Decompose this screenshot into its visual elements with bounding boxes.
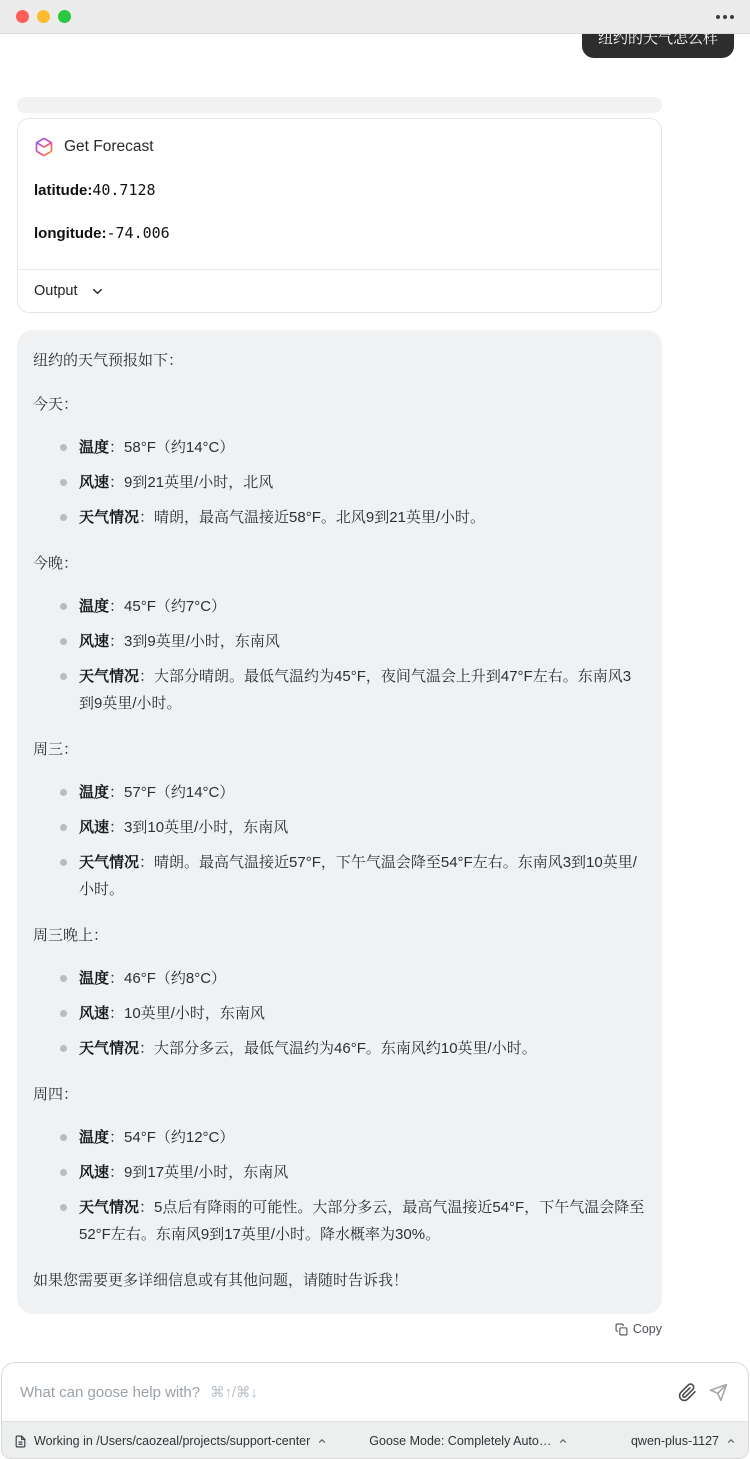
item-text: ：5点后有降雨的可能性。大部分多云，最高气温接近54°F，下午气温会降至52°F… (79, 1199, 644, 1243)
forecast-item: 风速：10英里/小时，东南风 (33, 1000, 646, 1027)
forecast-item: 天气情况：大部分晴朗。最低气温约为45°F，夜间气温会上升到47°F左右。东南风… (33, 663, 646, 717)
forecast-item: 天气情况：晴朗。最高气温接近57°F，下午气温会降至54°F左右。东南风3到10… (33, 849, 646, 903)
section-bullet-list: 温度：54°F（约12°C）风速：9到17英里/小时，东南风天气情况：5点后有降… (33, 1124, 646, 1248)
tool-params: latitude:40.7128longitude:-74.006 (18, 157, 661, 269)
chat-input-placeholder: What can goose help with? (20, 1384, 200, 1401)
item-text: ：54°F（约12°C） (109, 1129, 234, 1146)
item-label: 温度 (79, 1129, 109, 1146)
zoom-window-button[interactable] (58, 10, 71, 23)
composer-row: What can goose help with?⌘↑/⌘↓ (2, 1363, 748, 1421)
chevron-down-icon (90, 284, 105, 299)
working-directory-label: Working in /Users/caozeal/projects/suppo… (34, 1434, 310, 1448)
forecast-item: 天气情况：大部分多云，最低气温约为46°F。东南风约10英里/小时。 (33, 1035, 646, 1062)
model-label: qwen-plus-1127 (631, 1434, 719, 1448)
copy-icon (615, 1323, 628, 1336)
chevron-up-icon (726, 1436, 736, 1446)
forecast-item: 风速：9到21英里/小时，北风 (33, 469, 646, 496)
item-label: 天气情况 (79, 1199, 139, 1216)
traffic-lights (16, 10, 71, 23)
item-text: ：大部分晴朗。最低气温约为45°F，夜间气温会上升到47°F左右。东南风3到9英… (79, 668, 631, 712)
section-heading: 今晚： (33, 553, 646, 575)
chevron-up-icon (558, 1436, 568, 1446)
cube-icon (34, 137, 54, 157)
forecast-item: 风速：3到9英里/小时，东南风 (33, 628, 646, 655)
copy-button[interactable]: Copy (615, 1322, 662, 1336)
item-text: ：大部分多云，最低气温约为46°F。东南风约10英里/小时。 (139, 1040, 537, 1057)
item-text: ：晴朗。最高气温接近57°F，下午气温会降至54°F左右。东南风3到10英里/小… (79, 854, 637, 898)
chat-input[interactable]: What can goose help with?⌘↑/⌘↓ (20, 1384, 668, 1401)
forecast-intro: 纽约的天气预报如下： (33, 350, 646, 372)
message-actions: Copy (17, 1322, 662, 1336)
item-text: ：晴朗，最高气温接近58°F。北风9到21英里/小时。 (139, 509, 485, 526)
assistant-message-bubble: 纽约的天气预报如下： 今天：温度：58°F（约14°C）风速：9到21英里/小时… (17, 330, 662, 1314)
forecast-sections: 今天：温度：58°F（约14°C）风速：9到21英里/小时，北风天气情况：晴朗，… (33, 394, 646, 1248)
item-label: 温度 (79, 439, 109, 456)
item-text: ：3到9英里/小时，东南风 (109, 633, 280, 650)
forecast-item: 温度：58°F（约14°C） (33, 434, 646, 461)
working-directory-selector[interactable]: Working in /Users/caozeal/projects/suppo… (14, 1434, 327, 1448)
forecast-item: 天气情况：5点后有降雨的可能性。大部分多云，最高气温接近54°F，下午气温会降至… (33, 1194, 646, 1248)
chevron-up-icon (317, 1436, 327, 1446)
goose-mode-label: Goose Mode: Completely Auto… (369, 1434, 551, 1448)
item-text: ：57°F（约14°C） (109, 784, 234, 801)
copy-button-label: Copy (633, 1322, 662, 1336)
item-label: 天气情况 (79, 668, 139, 685)
forecast-item: 温度：57°F（约14°C） (33, 779, 646, 806)
section-heading: 周三： (33, 739, 646, 761)
item-text: ：9到21英里/小时，北风 (109, 474, 273, 491)
forecast-item: 温度：45°F（约7°C） (33, 593, 646, 620)
section-heading: 周四： (33, 1084, 646, 1106)
section-bullet-list: 温度：45°F（约7°C）风速：3到9英里/小时，东南风天气情况：大部分晴朗。最… (33, 593, 646, 717)
section-bullet-list: 温度：46°F（约8°C）风速：10英里/小时，东南风天气情况：大部分多云，最低… (33, 965, 646, 1062)
item-label: 温度 (79, 784, 109, 801)
model-selector[interactable]: qwen-plus-1127 (631, 1434, 736, 1448)
item-label: 天气情况 (79, 1040, 139, 1057)
section-bullet-list: 温度：57°F（约14°C）风速：3到10英里/小时，东南风天气情况：晴朗。最高… (33, 779, 646, 903)
window-titlebar (0, 0, 750, 34)
goose-mode-selector[interactable]: Goose Mode: Completely Auto… (369, 1434, 568, 1448)
send-icon (709, 1383, 728, 1402)
chat-content-column: Get Forecast latitude:40.7128longitude:-… (17, 97, 662, 1336)
item-label: 风速 (79, 474, 109, 491)
tool-param: latitude:40.7128 (34, 179, 645, 202)
file-icon (14, 1435, 27, 1448)
param-label: longitude: (34, 225, 106, 242)
forecast-item: 风速：9到17英里/小时，东南风 (33, 1159, 646, 1186)
item-text: ：10英里/小时，东南风 (109, 1005, 265, 1022)
forecast-item: 风速：3到10英里/小时，东南风 (33, 814, 646, 841)
composer-panel: What can goose help with?⌘↑/⌘↓ (1, 1362, 749, 1459)
paperclip-icon (678, 1383, 697, 1402)
send-button[interactable] (707, 1381, 730, 1404)
user-message-bubble: 纽约的天气怎么样 (582, 34, 734, 58)
item-label: 风速 (79, 1164, 109, 1181)
item-label: 风速 (79, 1005, 109, 1022)
item-label: 风速 (79, 819, 109, 836)
tool-call-card: Get Forecast latitude:40.7128longitude:-… (17, 118, 662, 313)
item-label: 温度 (79, 970, 109, 987)
attach-file-button[interactable] (676, 1381, 699, 1404)
item-label: 风速 (79, 633, 109, 650)
forecast-outro: 如果您需要更多详细信息或有其他问题，请随时告诉我！ (33, 1270, 646, 1292)
item-text: ：9到17英里/小时，东南风 (109, 1164, 288, 1181)
section-bullet-list: 温度：58°F（约14°C）风速：9到21英里/小时，北风天气情况：晴朗，最高气… (33, 434, 646, 531)
item-text: ：45°F（约7°C） (109, 598, 226, 615)
forecast-item: 温度：46°F（约8°C） (33, 965, 646, 992)
ellipsis-icon[interactable] (716, 15, 734, 19)
collapsed-message-strip[interactable] (17, 97, 662, 113)
section-heading: 今天： (33, 394, 646, 416)
forecast-item: 天气情况：晴朗，最高气温接近58°F。北风9到21英里/小时。 (33, 504, 646, 531)
section-heading: 周三晚上： (33, 925, 646, 947)
forecast-item: 温度：54°F（约12°C） (33, 1124, 646, 1151)
param-value: -74.006 (106, 224, 169, 242)
item-text: ：58°F（约14°C） (109, 439, 234, 456)
minimize-window-button[interactable] (37, 10, 50, 23)
chat-input-shortcut-hint: ⌘↑/⌘↓ (210, 1385, 258, 1401)
chat-scroll-area[interactable]: 纽约的天气怎么样 (0, 34, 750, 1362)
item-label: 温度 (79, 598, 109, 615)
item-label: 天气情况 (79, 509, 139, 526)
tool-call-title: Get Forecast (64, 138, 154, 156)
item-text: ：46°F（约8°C） (109, 970, 226, 987)
param-value: 40.7128 (92, 181, 155, 199)
item-label: 天气情况 (79, 854, 139, 871)
tool-output-label: Output (34, 283, 78, 299)
tool-call-header: Get Forecast (18, 119, 661, 157)
close-window-button[interactable] (16, 10, 29, 23)
tool-param: longitude:-74.006 (34, 222, 645, 245)
status-bar: Working in /Users/caozeal/projects/suppo… (2, 1421, 748, 1459)
param-label: latitude: (34, 182, 92, 199)
item-text: ：3到10英里/小时，东南风 (109, 819, 288, 836)
tool-output-toggle[interactable]: Output (18, 269, 661, 312)
